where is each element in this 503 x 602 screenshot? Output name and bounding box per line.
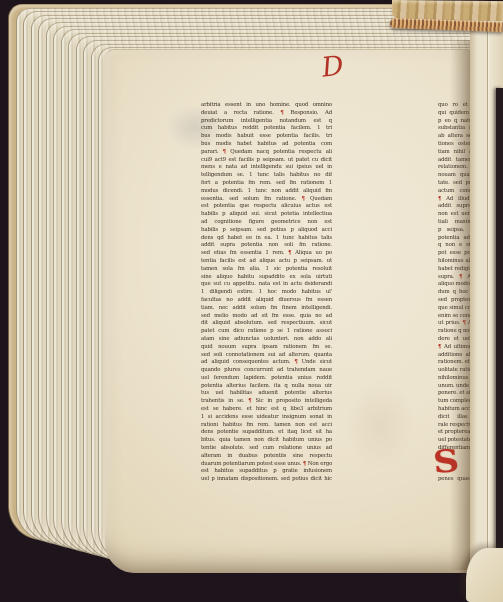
text-line: uel ferendum lapidem. potentia unius red…: [201, 375, 332, 383]
text-line: trahentis in se. ¶ Sic in proposito inte…: [201, 398, 332, 406]
text-line: duarum potentiarum potest esse unus. ¶ N…: [201, 461, 332, 469]
text-line: que sut cu appetitu. nata est in actu ds…: [201, 281, 332, 289]
text-line: fert a potentia fm rem. sed fm rationem …: [201, 180, 332, 188]
text-line: modus dicendi. 1 tunc non addit aliquid …: [201, 188, 332, 196]
text-line: habilis p seipsam. sed potius p aliquod …: [201, 227, 332, 235]
text-line: essentia. sed solum fm ratione. ¶ Quedam: [201, 196, 332, 204]
text-line: sed soli connotationem sui ad alterum. q…: [201, 352, 332, 360]
text-line: addit supra potentia non soli fm ratione…: [201, 242, 332, 250]
text-line: tus uel habilitas aduenit potentie alter…: [201, 390, 332, 398]
text-line: est potentia que respectu alicuius actus…: [201, 203, 332, 211]
text-line: mens e nata ad intelligendu sui ipsius u…: [201, 164, 332, 172]
text-line: patet cum dico ratione p se 1 ratione as…: [201, 328, 332, 336]
text-line: est se habere. et hinc est q libe3 arbit…: [201, 406, 332, 414]
text-line: alteram in duabus potentiis sine respect…: [201, 453, 332, 461]
facing-page-dark-edge: [496, 88, 503, 558]
text-line: est habitus supadditus p gratie infusion…: [201, 468, 332, 476]
text-line: tiam. nec addit solum fm finem intellige…: [201, 305, 332, 313]
photograph-of-open-incunabulum: { "artifact_text_language": "Latin", "co…: [0, 0, 503, 602]
text-line: cui9 act9 est facilis p seipsam. ut pate…: [201, 157, 332, 165]
text-line: atam sine adiunctas uolunteri. non addo …: [201, 336, 332, 344]
text-line: bitus. quia tamen non dicit habitum uniu…: [201, 437, 332, 445]
text-line: habilis p aliquid sui. sicut potetia int…: [201, 211, 332, 219]
text-line: dens qd habet ee in ea. 1 tunc habitus t…: [201, 235, 332, 243]
text-column-left: arbitria essent in uno homine. quod omni…: [201, 102, 332, 484]
text-line: dit aliquid absolutum. sed respectiuum. …: [201, 320, 332, 328]
text-line: predictorum intelligentia notandum est q: [201, 118, 332, 126]
text-line: quid nouum supra ipsam rationem fm se.: [201, 344, 332, 352]
text-line: sine aliquo habitu supaddito ex sola uir…: [201, 274, 332, 282]
text-line: parari. ¶ Quedam nacq potentia respectu …: [201, 149, 332, 157]
text-block: arbitria essent in uno homine. quod omni…: [201, 102, 467, 488]
text-line: cum habitus reddit potentia facilem. 1 t…: [201, 125, 332, 133]
text-line: tentie absolute. sed cum relatione unius…: [201, 445, 332, 453]
text-line: dens potentie supadditum. et itaq licet …: [201, 429, 332, 437]
text-line: arbitria essent in uno homine. quod omni…: [201, 102, 332, 110]
text-line: potentia alterius facilem. ita q nulla n…: [201, 383, 332, 391]
text-line: bus modis habuit esse potentia facilis. …: [201, 133, 332, 141]
text-line: ad aliquid consequentes actum. ¶ Unde si…: [201, 359, 332, 367]
text-line: deuiat a recta ratione. ¶ Responsio. Ad: [201, 110, 332, 118]
text-line: 1 diligendi extire. 1 hoc modo habitus u…: [201, 289, 332, 297]
text-line: sed etias fm essentia 1 rem. ¶ Aliqua uo…: [201, 250, 332, 258]
text-line: facultas no addit aliquid diuersus fm es…: [201, 297, 332, 305]
text-line: tentia facilis est ad alique actu p seip…: [201, 258, 332, 266]
text-line: tamen sola fm alia. 1 sic potentia resol…: [201, 266, 332, 274]
gutter-shadow: [450, 40, 472, 570]
text-line: ad cognitione figure geometrice non est: [201, 219, 332, 227]
text-line: bus modis habet habitus ad potentia com: [201, 141, 332, 149]
text-line: sed melio modo ad sit fm esse. quia no a…: [201, 313, 332, 321]
text-line: quando plures concurrunt ad trahendam na…: [201, 367, 332, 375]
facing-page-crease: [487, 20, 488, 580]
text-line: uel p innatam dispositionem. sed potius …: [201, 476, 332, 484]
red-guide-letter-d: D: [320, 48, 354, 87]
text-line: 1 si accidens esse uideatur insignum son…: [201, 414, 332, 422]
text-line: telligendum se. 1 tunc talis habitus no …: [201, 172, 332, 180]
text-line: rationi habitus fm rem. tamen non est ac…: [201, 422, 332, 430]
book-page: arbitria essent in uno homine. quod omni…: [105, 49, 472, 573]
